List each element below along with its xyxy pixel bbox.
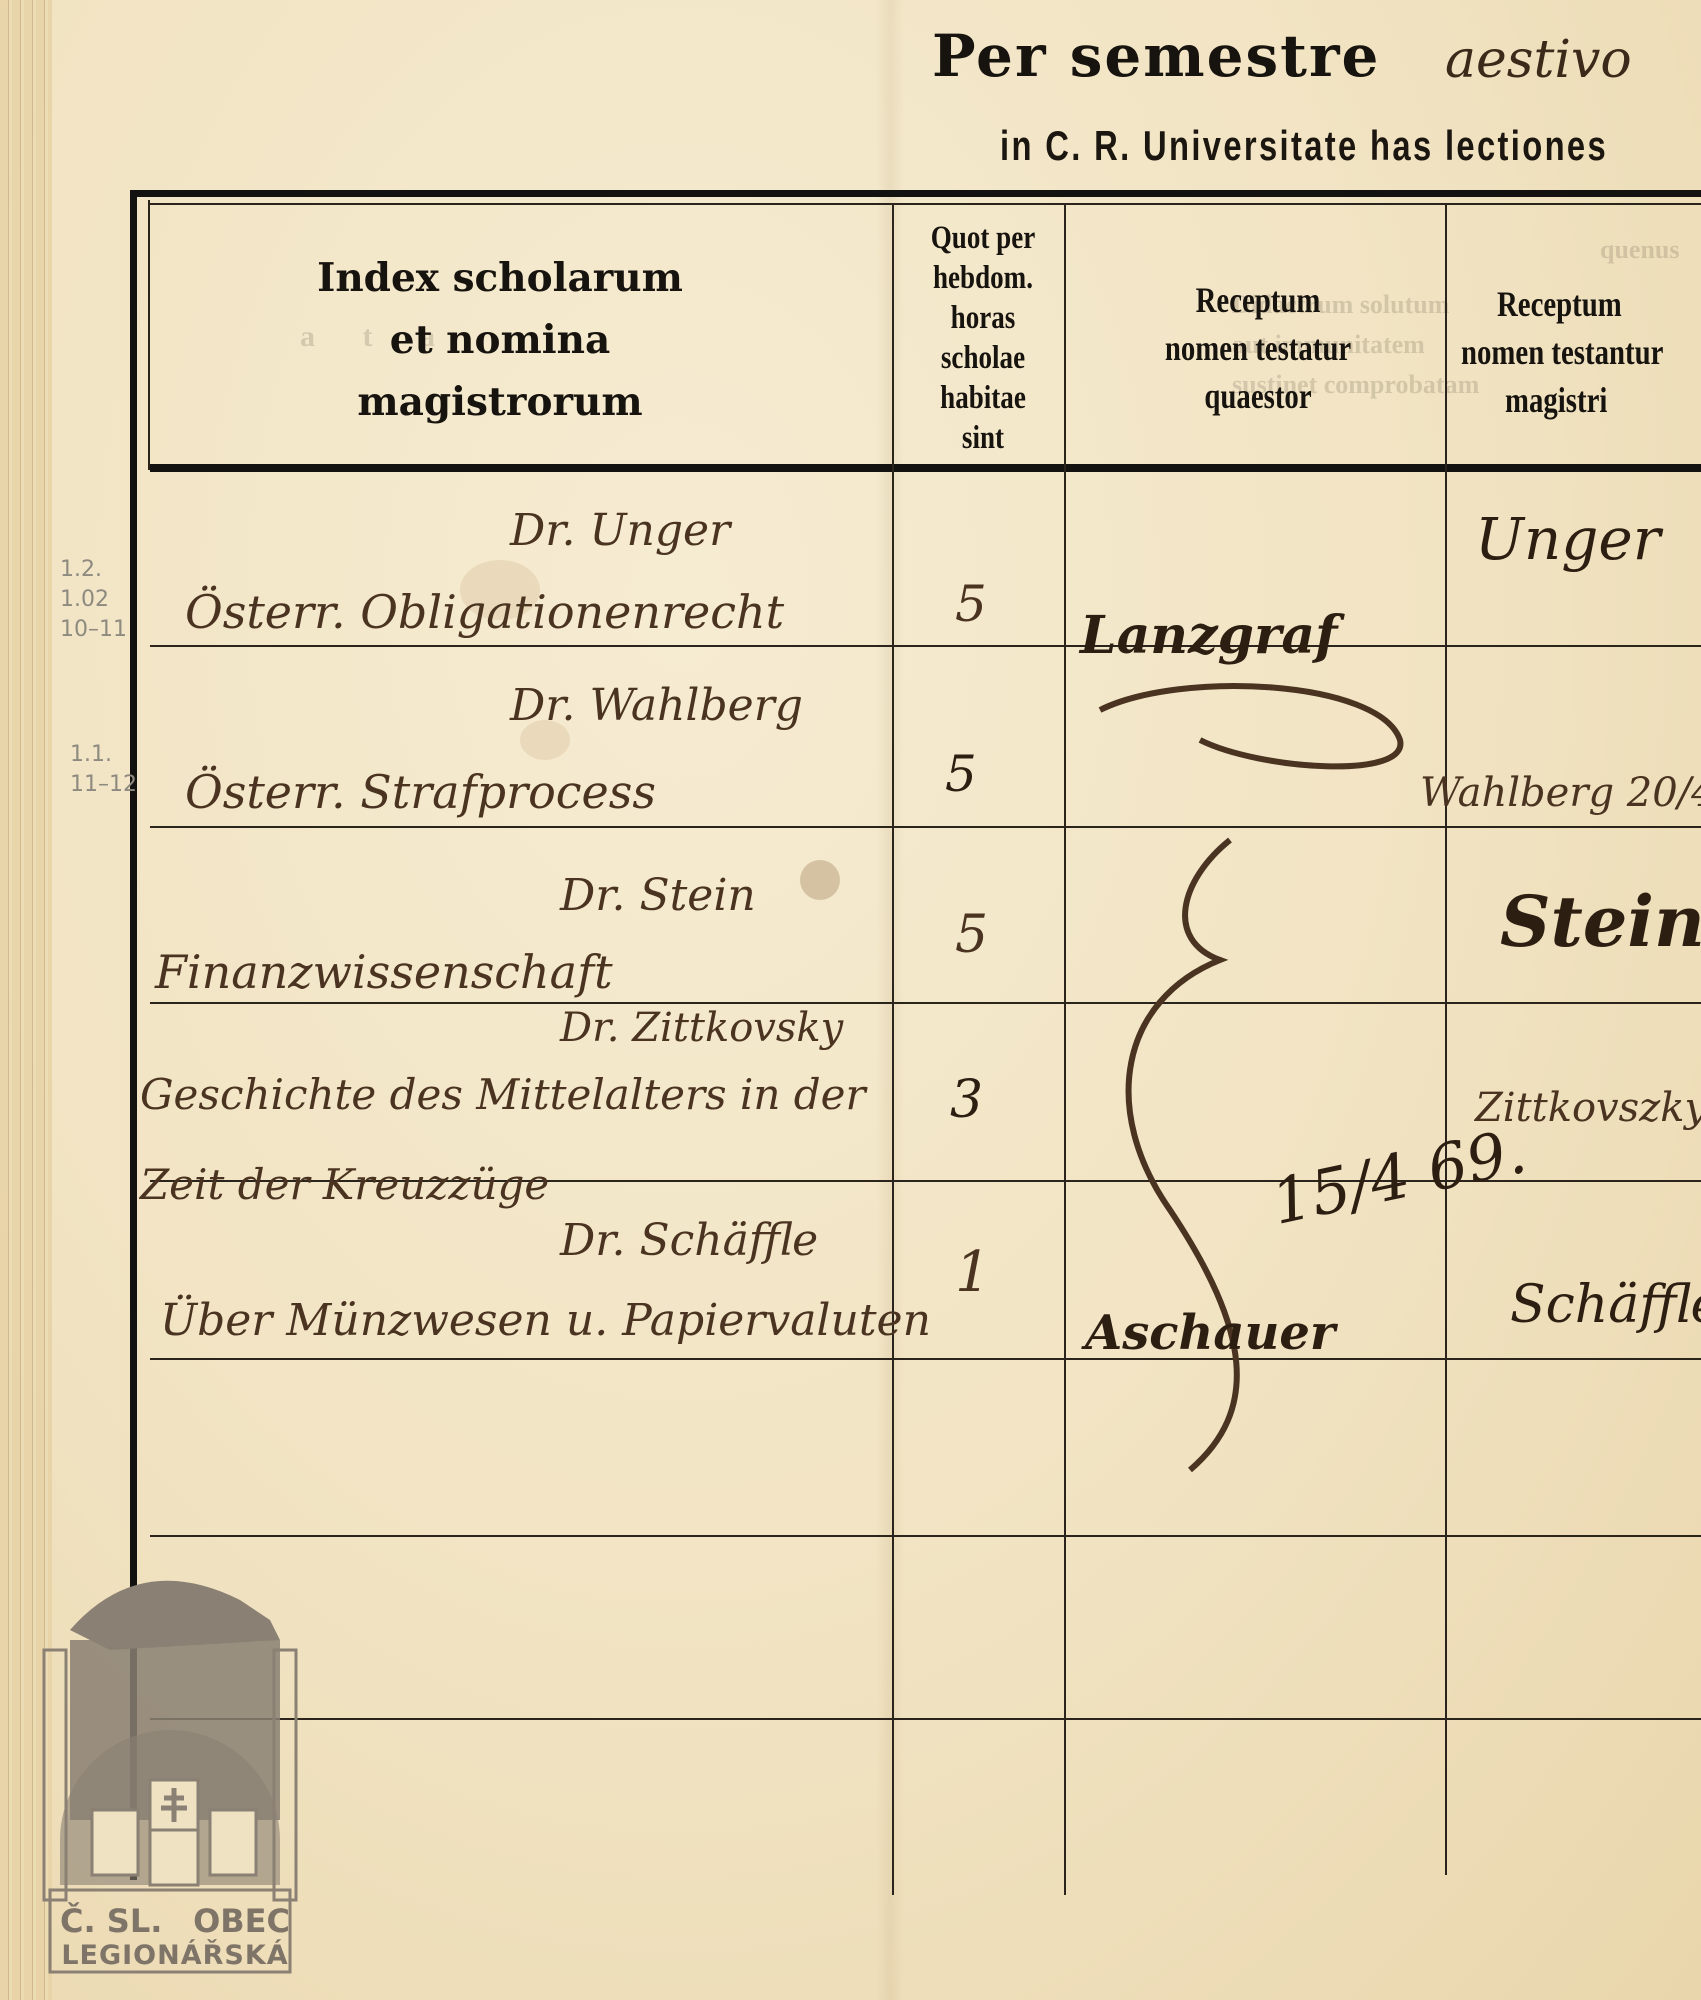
row-divider (150, 1002, 1701, 1004)
stamp-text: Č. SL. (60, 1902, 162, 1940)
course-title: Österr. Strafprocess (185, 765, 656, 819)
semester-handwritten: aestivo (1445, 30, 1632, 90)
header-line: hebdom. (909, 258, 1057, 298)
header-line: et nomina (240, 309, 760, 371)
hours-value: 5 (955, 575, 987, 633)
margin-note-line: 1.02 (60, 585, 127, 615)
header-index-scholarum: Index scholarum et nomina magistrorum (240, 247, 760, 433)
table-border-top (130, 190, 1701, 197)
quaestor-signature: Aschauer (1085, 1305, 1335, 1361)
header-line: Index scholarum (240, 247, 760, 309)
course-title: Finanzwissenschaft (155, 945, 613, 999)
lecturer-name: Dr. Stein (560, 870, 756, 921)
header-line: nomen testatur (1106, 324, 1410, 372)
stamp-line-1: Č. SL. OBEC (60, 1902, 290, 1940)
row-divider (150, 826, 1701, 828)
header-line: magistrorum (240, 371, 760, 433)
margin-note: 1.1. 11–12 (70, 740, 137, 800)
hours-value: 1 (955, 1240, 991, 1305)
header-line: magistri (1461, 376, 1701, 424)
header-line: sint (909, 418, 1057, 458)
column-divider (892, 205, 894, 1895)
bleed-through-text: quenus (1600, 235, 1680, 265)
teacher-signature: Stein (1500, 880, 1701, 963)
stamp-line-2: LEGIONÁŘSKÁ (58, 1940, 292, 1971)
lecturer-name: Dr. Unger (510, 505, 730, 556)
course-title: Geschichte des Mittelalters in der Zeit … (140, 1050, 880, 1230)
header-line: habitae (909, 378, 1057, 418)
page-subtitle: in C. R. Universitate has lectiones (1000, 122, 1608, 170)
header-line: Receptum (1106, 276, 1410, 324)
header-bottom-rule (150, 464, 1701, 472)
row-divider (150, 645, 1701, 647)
header-line: Quot per (909, 218, 1057, 258)
hours-value: 5 (955, 905, 988, 965)
header-magistri: Receptum nomen testantur magistri (1445, 280, 1701, 424)
teacher-signature: Unger (1475, 505, 1660, 573)
table-inner-border (148, 203, 1701, 205)
lecturer-name: Dr. Zittkovsky (560, 1005, 843, 1051)
course-title: Über Münzwesen u. Papiervaluten (160, 1295, 931, 1346)
hours-value: 3 (950, 1070, 983, 1130)
page-title: Per semestre (932, 22, 1380, 90)
row-divider (150, 1718, 1701, 1720)
hours-value: 5 (945, 745, 977, 803)
stamp-text: OBEC (193, 1902, 290, 1940)
course-title: Österr. Obligationenrecht (185, 585, 784, 639)
margin-note-line: 11–12 (70, 770, 137, 800)
header-line: nomen testantur (1461, 328, 1701, 376)
header-line: horas (909, 298, 1057, 338)
header-quaestor: Receptum nomen testatur quaestor (1106, 276, 1410, 420)
table-inner-border (148, 200, 150, 470)
page-gutter (876, 0, 904, 2000)
legion-stamp: Č. SL. OBEC LEGIONÁŘSKÁ (30, 1540, 310, 1980)
margin-note-line: 1.2. (60, 555, 127, 585)
teacher-signature: Wahlberg 20/4 (1420, 770, 1701, 816)
margin-note-line: 10–11 (60, 615, 127, 645)
lecturer-name: Dr. Schäffle (560, 1215, 818, 1266)
stain (800, 860, 840, 900)
header-line: quaestor (1106, 372, 1410, 420)
teacher-signature: Schäffle (1510, 1275, 1701, 1335)
header-line: scholae (909, 338, 1057, 378)
row-divider (150, 1358, 1701, 1360)
margin-note: 1.2. 1.02 10–11 (60, 555, 127, 645)
bracket-flourish-icon (1060, 650, 1460, 1510)
row-divider (150, 1535, 1701, 1537)
header-line: Receptum (1461, 280, 1701, 328)
lecturer-name: Dr. Wahlberg (510, 680, 803, 731)
margin-note-line: 1.1. (70, 740, 137, 770)
header-hours-per-week: Quot per hebdom. horas scholae habitae s… (909, 218, 1057, 458)
